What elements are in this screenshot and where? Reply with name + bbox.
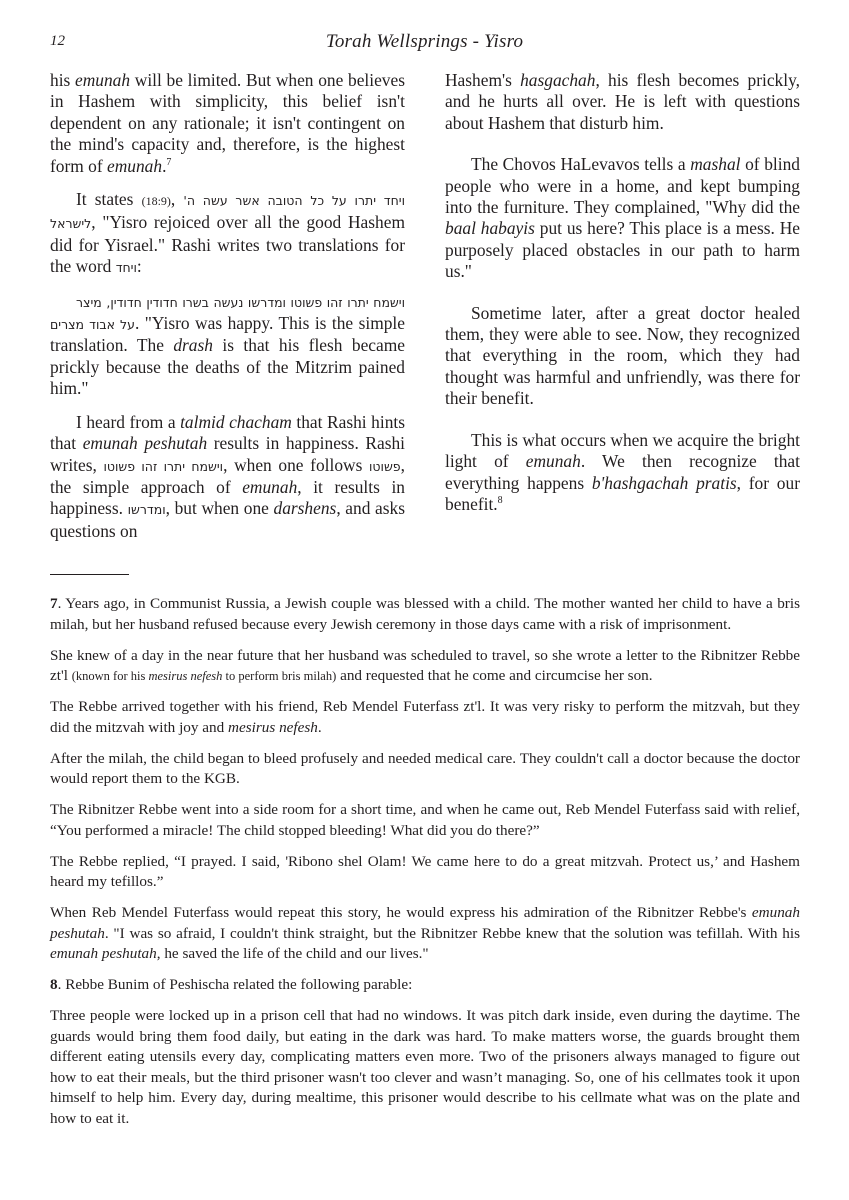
italic-term: mesirus nefesh (148, 669, 222, 683)
text: The Chovos HaLevavos tells a (471, 154, 690, 174)
text: . (318, 719, 322, 736)
text: : (137, 256, 142, 276)
right-column: Hashem's hasgachah, his flesh becomes pr… (445, 70, 800, 527)
italic-term: darshens (274, 498, 337, 518)
page-header: 12 Torah Wellsprings - Yisro (50, 33, 799, 57)
paragraph: וישמח יתרו זהו פשוטו ומדרשו נעשה בשרו חד… (50, 291, 405, 400)
parenthetical: to perform bris milah) (222, 669, 336, 683)
text: The Rebbe arrived together with his frie… (50, 698, 800, 736)
text: When Reb Mendel Futerfass would repeat t… (50, 904, 752, 921)
paragraph: It states (18:9), ויחד יתרו על כל הטובה … (50, 189, 405, 279)
hebrew-quote: וישמח יתרו זהו פשוטו (104, 459, 224, 474)
footnote-paragraph: The Ribnitzer Rebbe went into a side roo… (50, 800, 800, 841)
footnote-ref-7[interactable]: 7 (166, 157, 171, 168)
hebrew-word: ויחד (116, 260, 137, 275)
italic-term: emunah (75, 70, 130, 90)
footnote-8: 8. Rebbe Bunim of Peshischa related the … (50, 975, 800, 996)
footnote-ref-8[interactable]: 8 (498, 495, 503, 506)
running-title: Torah Wellsprings - Yisro (50, 31, 799, 53)
text: , (171, 189, 184, 209)
text: and requested that he come and circumcis… (336, 667, 652, 684)
paragraph: I heard from a talmid chacham that Rashi… (50, 412, 405, 542)
text: his (50, 70, 75, 90)
text: , when one follows (223, 455, 369, 475)
text: , but when one (166, 498, 274, 518)
footnote-paragraph: She knew of a day in the near future tha… (50, 646, 800, 687)
footnote-divider (50, 574, 129, 575)
footnotes: 7. Years ago, in Communist Russia, a Jew… (50, 594, 800, 1140)
text: . "I was so afraid, I couldn't think str… (105, 925, 800, 942)
text: Hashem's (445, 70, 520, 90)
italic-term: emunah (526, 451, 581, 471)
text: , "Yisro rejoiced over all the good Hash… (50, 212, 405, 276)
paragraph: Hashem's hasgachah, his flesh becomes pr… (445, 70, 800, 134)
italic-term: talmid chacham (180, 412, 292, 432)
paragraph: The Chovos HaLevavos tells a mashal of b… (445, 154, 800, 282)
italic-term: baal habayis (445, 218, 535, 238)
italic-term: emunah (107, 156, 162, 176)
hebrew-word: ומדרשו (128, 502, 166, 517)
italic-term: drash (173, 335, 213, 355)
text: I heard from a (76, 412, 180, 432)
footnote-paragraph: After the milah, the child began to blee… (50, 749, 800, 790)
footnote-paragraph: When Reb Mendel Futerfass would repeat t… (50, 903, 800, 965)
text: , he saved the life of the child and our… (157, 945, 429, 962)
italic-term: b'hashgachah pratis (592, 473, 737, 493)
italic-term: mesirus nefesh (228, 719, 318, 736)
italic-term: emunah (242, 477, 297, 497)
body-columns: his emunah will be limited. But when one… (50, 70, 800, 550)
paragraph: This is what occurs when we acquire the … (445, 430, 800, 516)
footnote-number: 7 (50, 595, 58, 612)
text: It states (76, 189, 142, 209)
footnote-7: 7. Years ago, in Communist Russia, a Jew… (50, 594, 800, 635)
verse-reference: (18:9) (142, 194, 171, 208)
left-column: his emunah will be limited. But when one… (50, 70, 405, 554)
footnote-number: 8 (50, 976, 58, 993)
footnote-paragraph: The Rebbe arrived together with his frie… (50, 697, 800, 738)
paragraph: his emunah will be limited. But when one… (50, 70, 405, 177)
hebrew-word: פשוטו (369, 459, 401, 474)
text: Sometime later, after a great doctor hea… (445, 303, 800, 409)
footnote-paragraph: Three people were locked up in a prison … (50, 1006, 800, 1129)
text: . Rebbe Bunim of Peshischa related the f… (58, 976, 413, 993)
italic-term: mashal (690, 154, 740, 174)
footnote-paragraph: The Rebbe replied, “I prayed. I said, 'R… (50, 852, 800, 893)
paragraph: Sometime later, after a great doctor hea… (445, 303, 800, 410)
text: . Years ago, in Communist Russia, a Jewi… (50, 595, 800, 633)
italic-term: emunah peshutah (83, 433, 207, 453)
italic-term: emunah peshutah (50, 945, 157, 962)
parenthetical: (known for his (72, 669, 149, 683)
italic-term: hasgachah (520, 70, 595, 90)
